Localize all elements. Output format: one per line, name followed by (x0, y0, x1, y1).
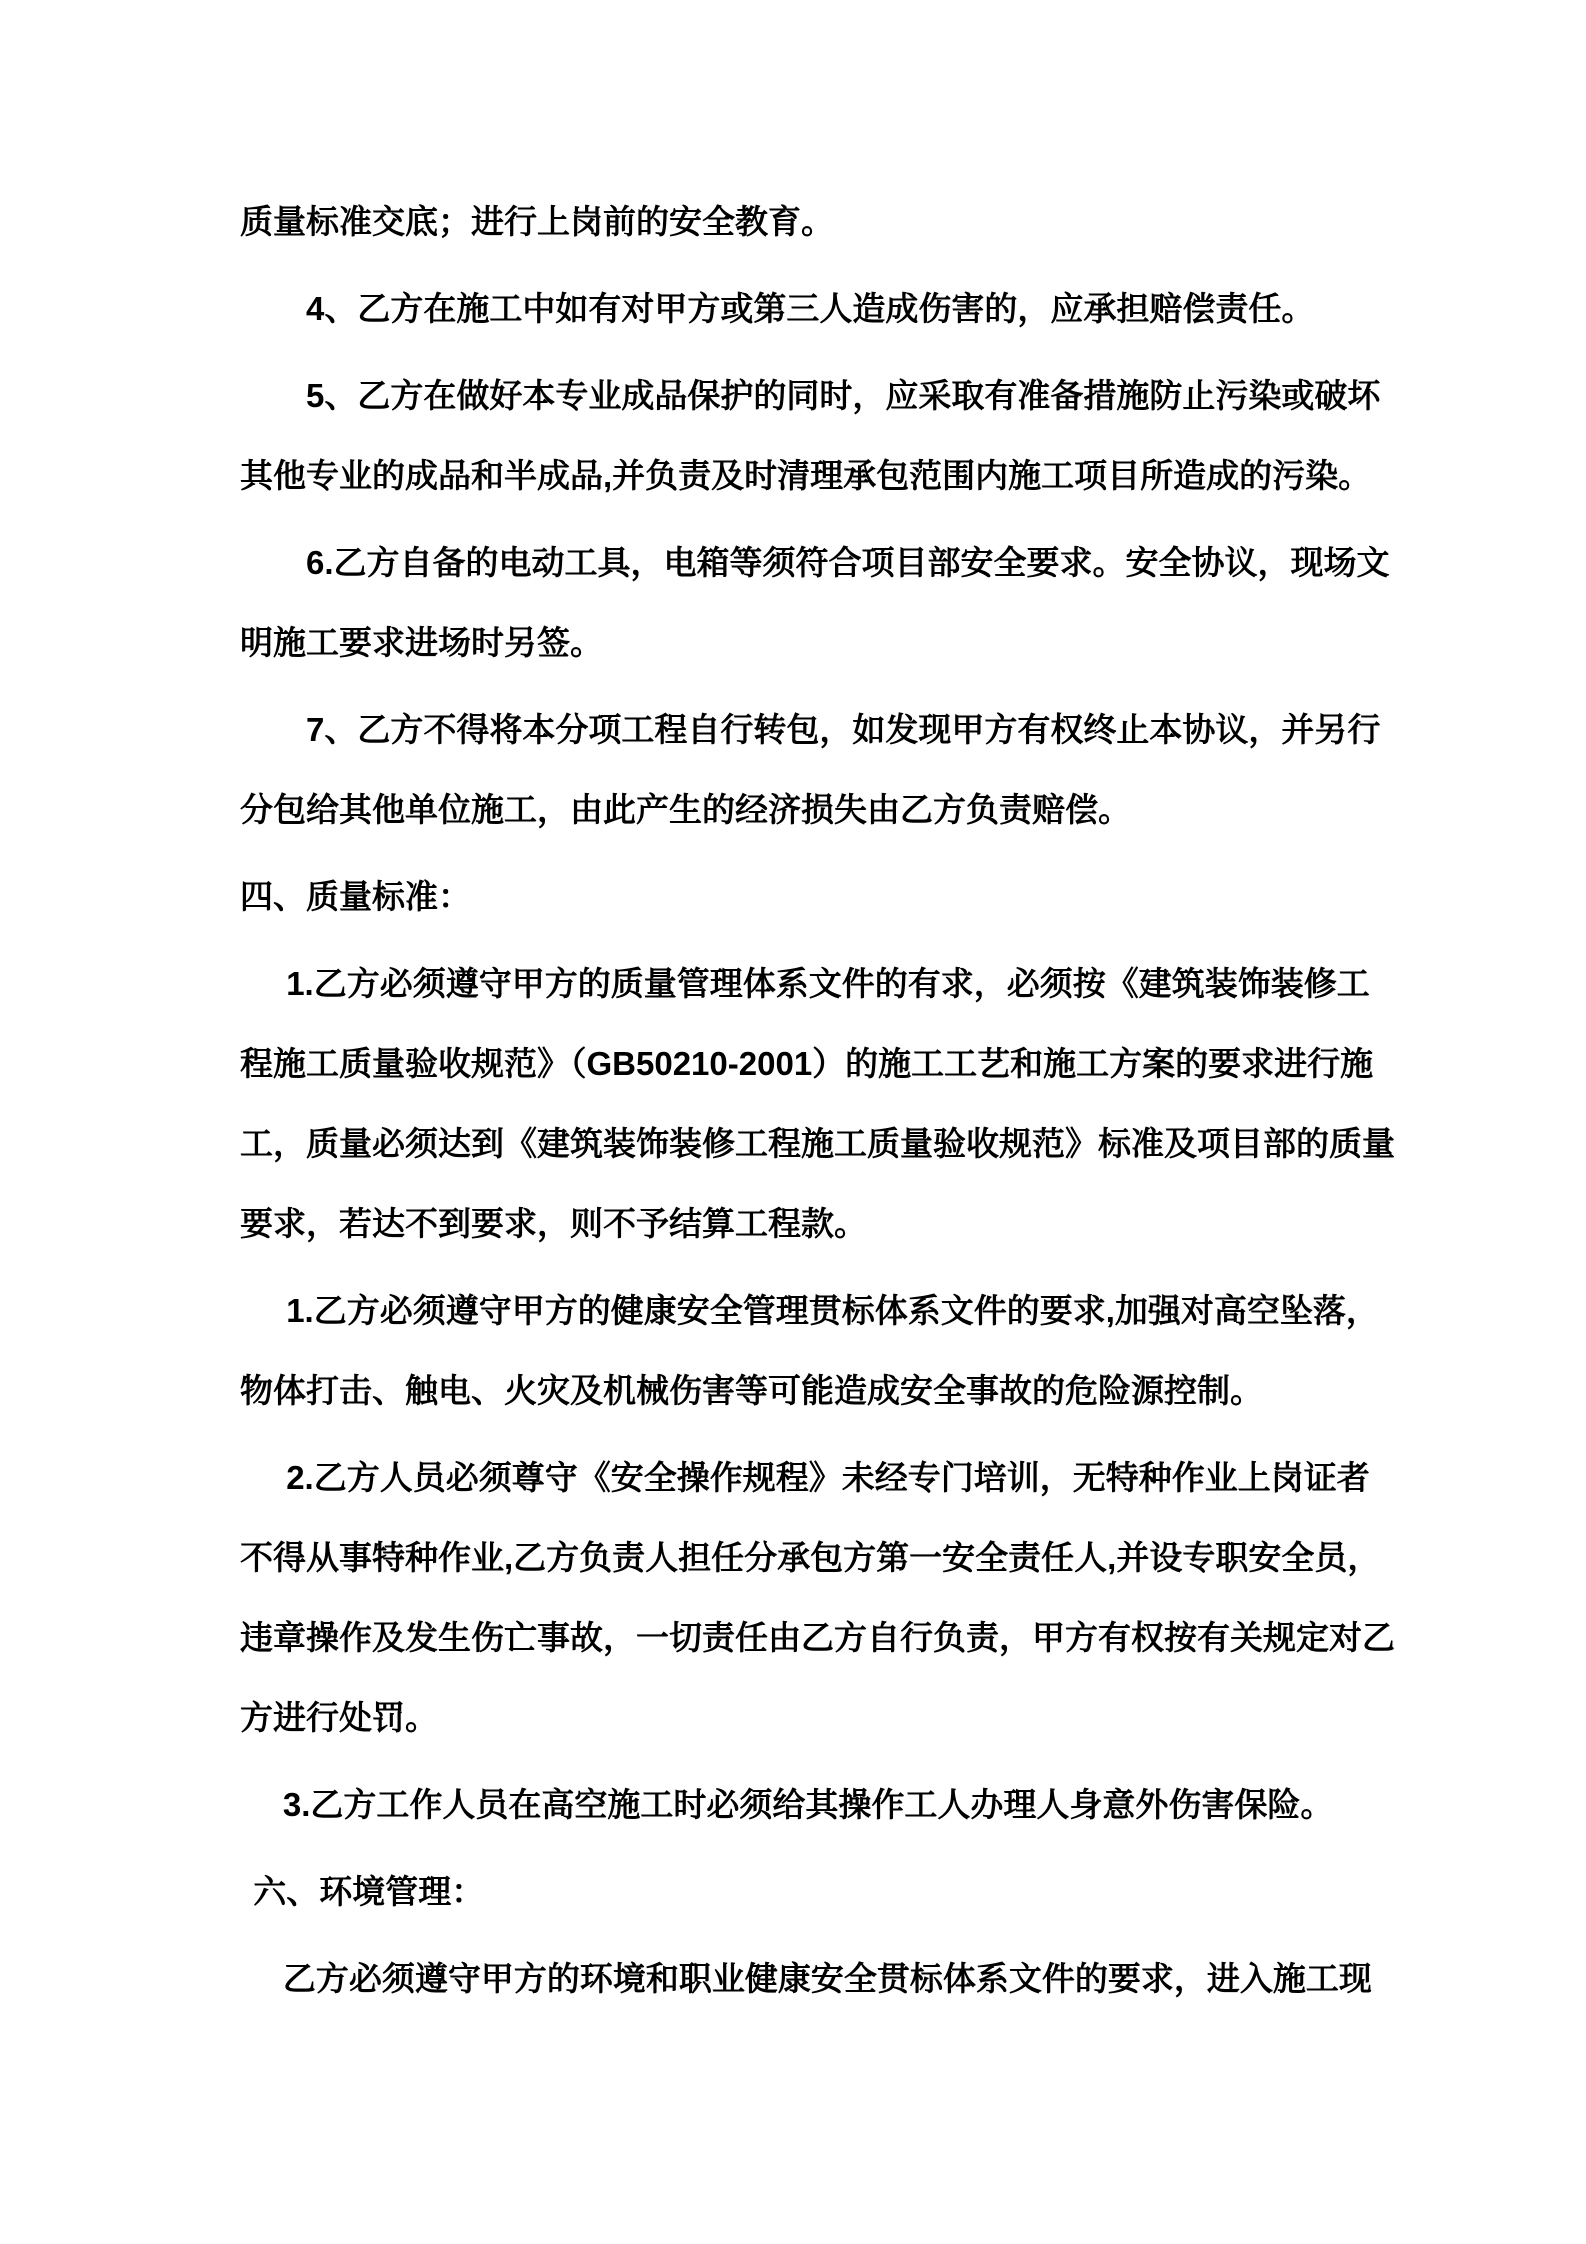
document-line: 1.乙方必须遵守甲方的健康安全管理贯标体系文件的要求,加强对高空坠落， (240, 1271, 1506, 1351)
document-line: 工，质量必须达到《建筑装饰装修工程施工质量验收规范》标准及项目部的质量 (240, 1104, 1506, 1184)
document-line: 不得从事特种作业,乙方负责人担任分承包方第一安全责任人,并设专职安全员， (240, 1518, 1506, 1598)
document-line: 乙方必须遵守甲方的环境和职业健康安全贯标体系文件的要求，进入施工现 (240, 1939, 1506, 2019)
document-line: 6.乙方自备的电动工具，电箱等须符合项目部安全要求。安全协议，现场文 (240, 523, 1506, 603)
document-body: 质量标准交底；进行上岗前的安全教育。4、乙方在施工中如有对甲方或第三人造成伤害的… (240, 182, 1506, 2019)
document-line: 违章操作及发生伤亡事故，一切责任由乙方自行负责，甲方有权按有关规定对乙 (240, 1598, 1506, 1678)
document-line: 3.乙方工作人员在高空施工时必须给其操作工人办理人身意外伤害保险。 (240, 1765, 1506, 1845)
document-line: 六、环境管理： (240, 1852, 1506, 1932)
paragraph: 4、乙方在施工中如有对甲方或第三人造成伤害的，应承担赔偿责任。 (240, 269, 1506, 349)
paragraph: 1.乙方必须遵守甲方的质量管理体系文件的有求，必须按《建筑装饰装修工程施工质量验… (240, 944, 1506, 1264)
paragraph: 六、环境管理： (240, 1852, 1506, 1932)
paragraph: 四、质量标准： (240, 857, 1506, 937)
document-line: 方进行处罚。 (240, 1678, 1506, 1758)
document-line: 物体打击、触电、火灾及机械伤害等可能造成安全事故的危险源控制。 (240, 1351, 1506, 1431)
paragraph: 6.乙方自备的电动工具，电箱等须符合项目部安全要求。安全协议，现场文明施工要求进… (240, 523, 1506, 683)
paragraph: 1.乙方必须遵守甲方的健康安全管理贯标体系文件的要求,加强对高空坠落，物体打击、… (240, 1271, 1506, 1431)
document-line: 4、乙方在施工中如有对甲方或第三人造成伤害的，应承担赔偿责任。 (240, 269, 1506, 349)
document-line: 分包给其他单位施工，由此产生的经济损失由乙方负责赔偿。 (240, 770, 1506, 850)
document-line: 四、质量标准： (240, 857, 1506, 937)
document-page: 质量标准交底；进行上岗前的安全教育。4、乙方在施工中如有对甲方或第三人造成伤害的… (0, 0, 1586, 2244)
document-line: 5、乙方在做好本专业成品保护的同时，应采取有准备措施防止污染或破坏 (240, 356, 1506, 436)
paragraph: 5、乙方在做好本专业成品保护的同时，应采取有准备措施防止污染或破坏其他专业的成品… (240, 356, 1506, 516)
document-line: 明施工要求进场时另签。 (240, 603, 1506, 683)
document-line: 要求，若达不到要求，则不予结算工程款。 (240, 1184, 1506, 1264)
paragraph: 3.乙方工作人员在高空施工时必须给其操作工人办理人身意外伤害保险。 (240, 1765, 1506, 1845)
document-line: 7、乙方不得将本分项工程自行转包，如发现甲方有权终止本协议，并另行 (240, 690, 1506, 770)
paragraph: 7、乙方不得将本分项工程自行转包，如发现甲方有权终止本协议，并另行分包给其他单位… (240, 690, 1506, 850)
document-line: 其他专业的成品和半成品,并负责及时清理承包范围内施工项目所造成的污染。 (240, 436, 1506, 516)
document-line: 程施工质量验收规范》（GB50210-2001）的施工工艺和施工方案的要求进行施 (240, 1024, 1506, 1104)
paragraph: 质量标准交底；进行上岗前的安全教育。 (240, 182, 1506, 262)
document-line: 2.乙方人员必须尊守《安全操作规程》未经专门培训，无特种作业上岗证者 (240, 1438, 1506, 1518)
document-line: 1.乙方必须遵守甲方的质量管理体系文件的有求，必须按《建筑装饰装修工 (240, 944, 1506, 1024)
document-line: 质量标准交底；进行上岗前的安全教育。 (240, 182, 1506, 262)
paragraph: 乙方必须遵守甲方的环境和职业健康安全贯标体系文件的要求，进入施工现 (240, 1939, 1506, 2019)
paragraph: 2.乙方人员必须尊守《安全操作规程》未经专门培训，无特种作业上岗证者不得从事特种… (240, 1438, 1506, 1758)
